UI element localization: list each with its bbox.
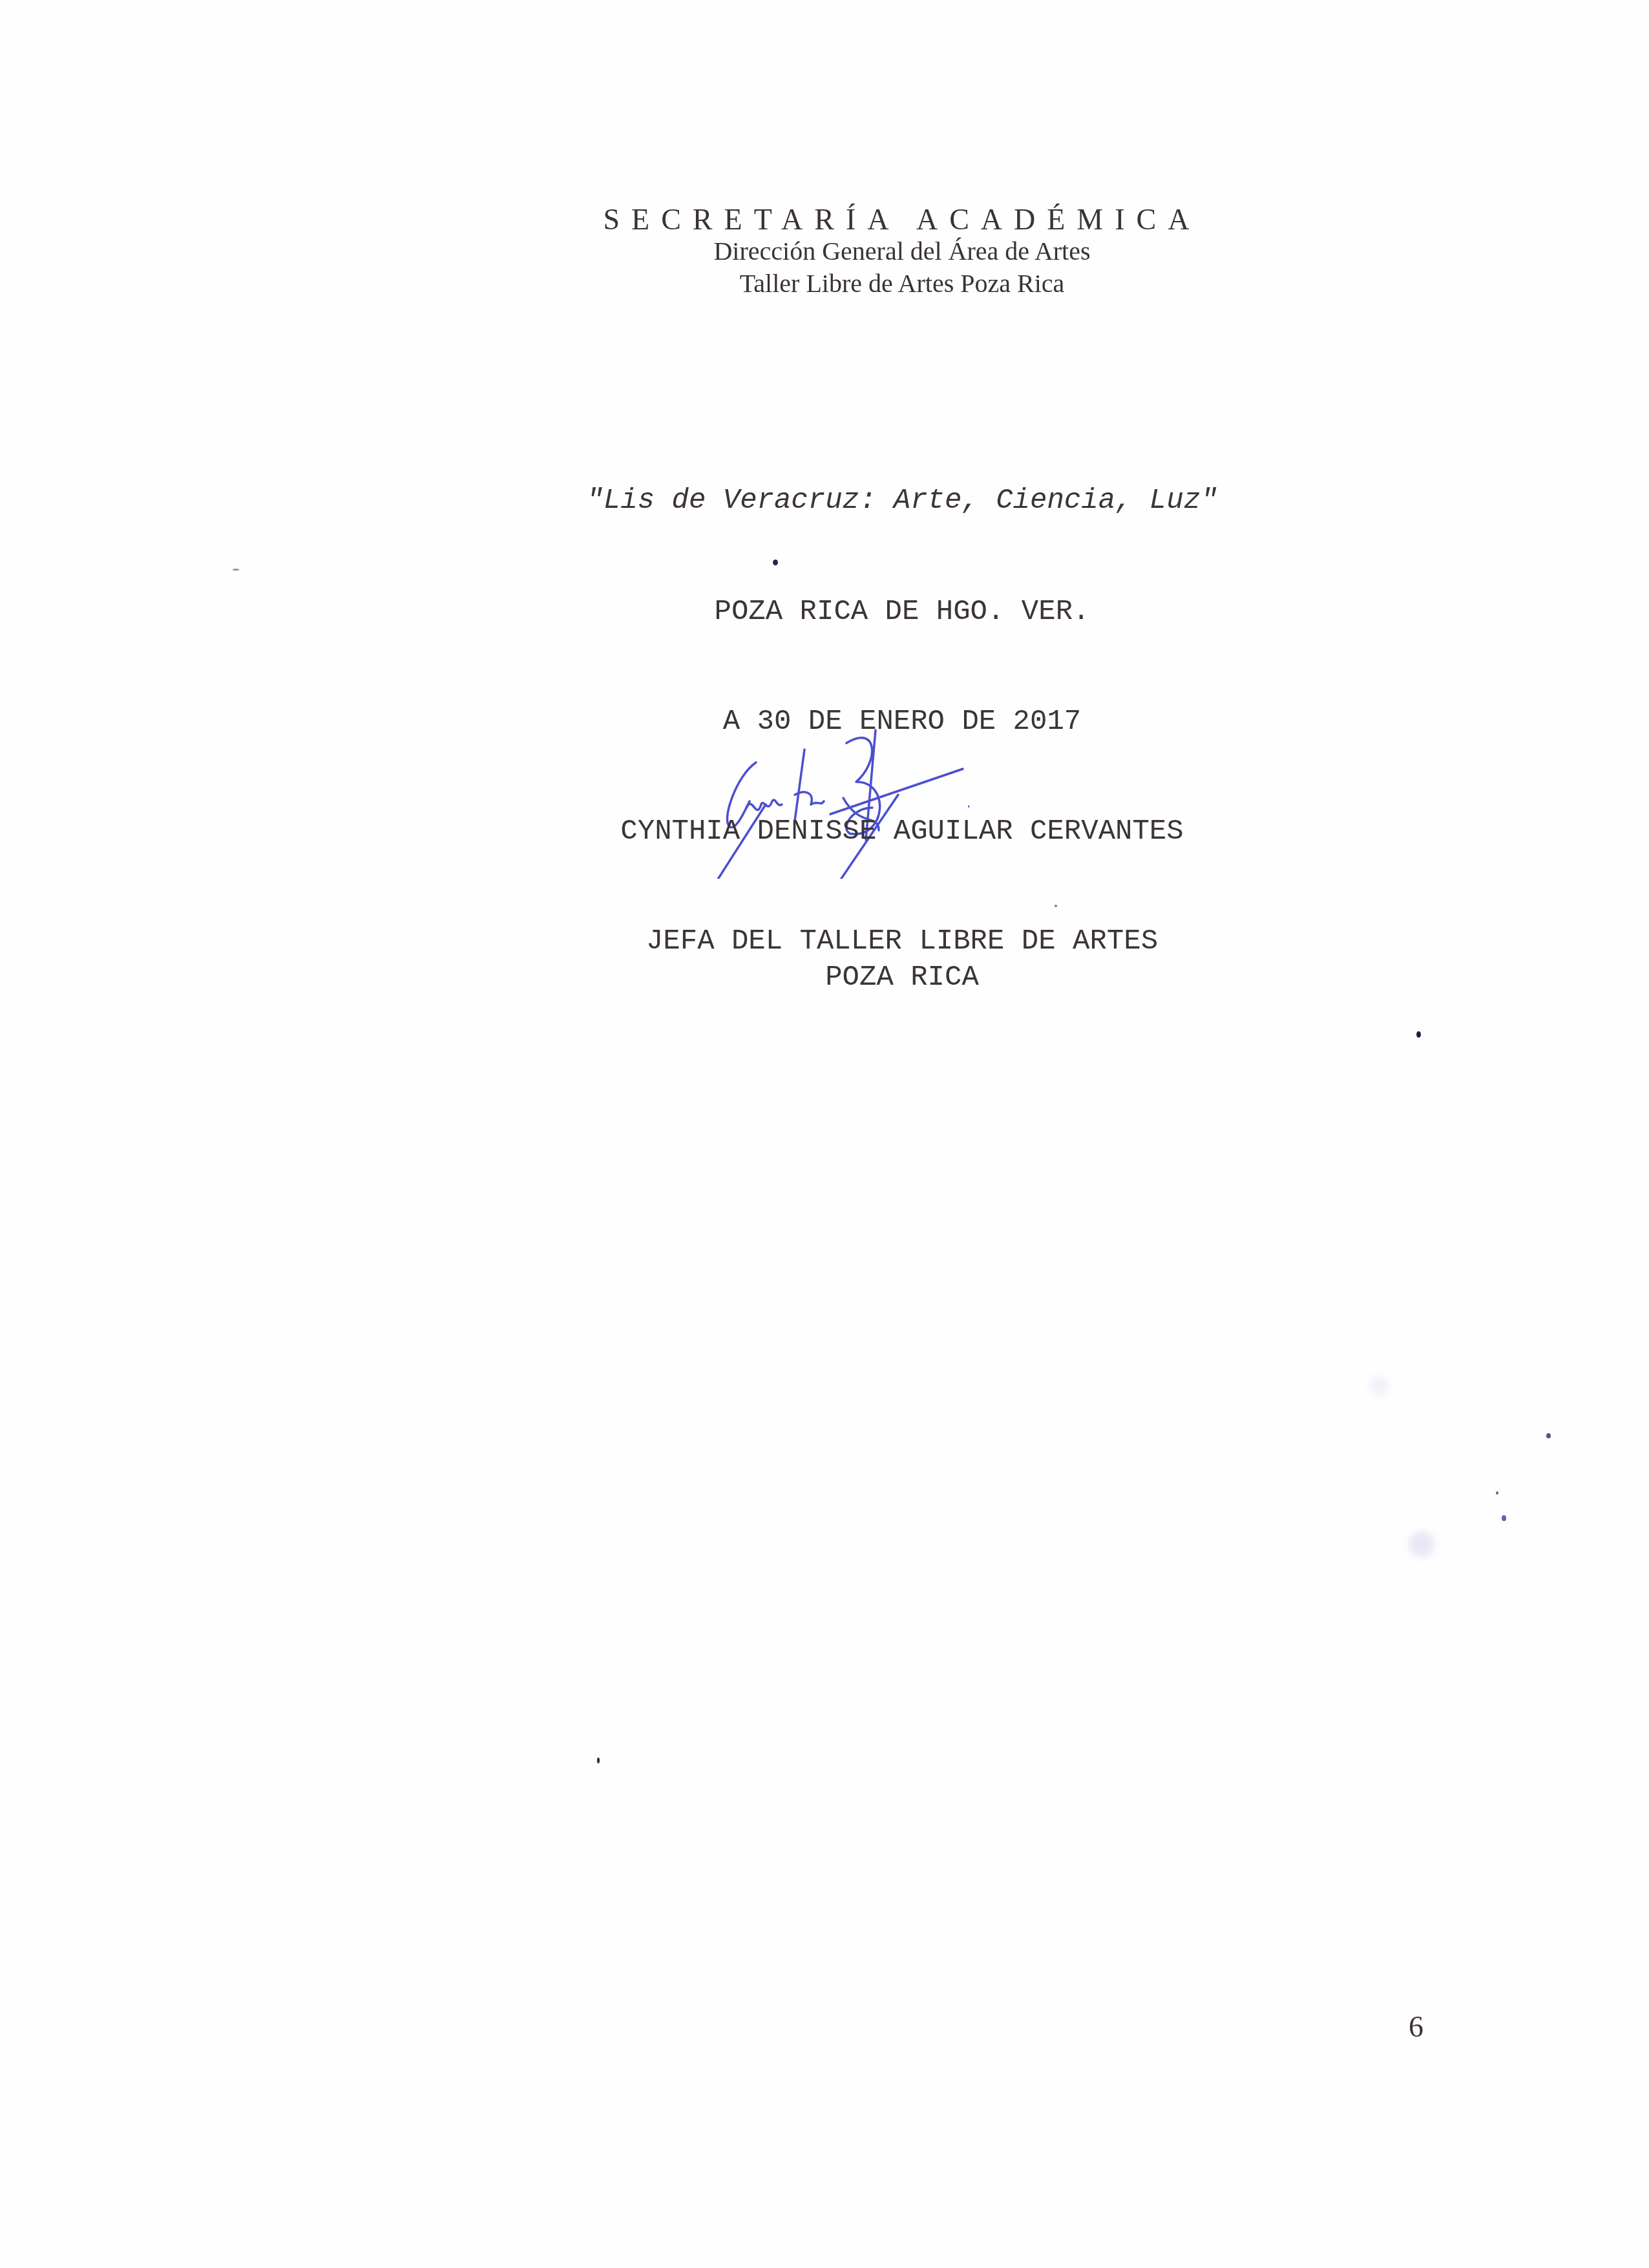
scan-speck xyxy=(597,1758,600,1763)
letterhead-department: Dirección General del Área de Artes xyxy=(0,235,1649,268)
signatory-name: CYNTHIA DENISSE AGUILAR CERVANTES xyxy=(0,814,1649,849)
ink-dot xyxy=(773,560,778,565)
document-page: SECRETARÍA ACADÉMICA Dirección General d… xyxy=(0,0,1649,2268)
ink-dot xyxy=(1055,905,1057,907)
scan-speck xyxy=(1496,1491,1498,1495)
signatory-role: JEFA DEL TALLER LIBRE DE ARTES xyxy=(0,924,1649,959)
scan-speck xyxy=(1546,1433,1551,1438)
ink-smudge xyxy=(1409,1531,1434,1557)
scan-speck xyxy=(233,569,239,571)
ink-smudge xyxy=(1370,1376,1389,1396)
signatory-role-location: POZA RICA xyxy=(0,960,1649,995)
letterhead-title: SECRETARÍA ACADÉMICA xyxy=(0,202,1649,238)
letterhead-workshop: Taller Libre de Artes Poza Rica xyxy=(0,268,1649,300)
page-number: 6 xyxy=(1409,2010,1423,2044)
scan-speck xyxy=(1416,1031,1421,1038)
city-line: POZA RICA DE HGO. VER. xyxy=(0,594,1649,629)
signature-icon xyxy=(685,724,969,879)
institutional-motto: "Lis de Veracruz: Arte, Ciencia, Luz" xyxy=(0,483,1649,518)
scan-speck xyxy=(1502,1515,1506,1521)
